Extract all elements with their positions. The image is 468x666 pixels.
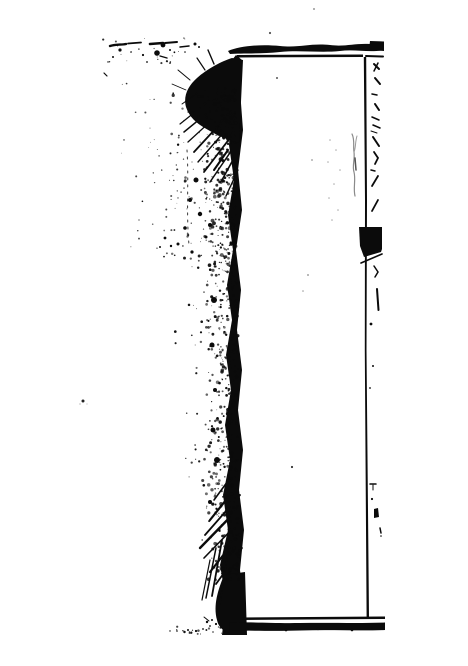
ink-stroke <box>355 158 356 170</box>
ink-speckle <box>215 184 218 187</box>
ink-speckle <box>215 476 217 478</box>
ink-speckle <box>227 263 228 264</box>
ink-dot <box>329 139 331 141</box>
ink-speckle <box>209 198 210 199</box>
ink-speckle <box>221 322 222 323</box>
ink-speckle <box>203 229 204 230</box>
ink-speckle <box>228 232 229 233</box>
ink-speckle <box>196 93 198 95</box>
ink-speckle <box>228 460 229 461</box>
ink-speckle <box>196 367 198 369</box>
ink-speckle <box>226 271 229 274</box>
ink-speckle <box>166 60 168 62</box>
scan-canvas <box>0 0 468 666</box>
ink-speckle <box>204 154 205 155</box>
ink-speckle <box>222 193 225 196</box>
ink-speckle <box>226 222 229 225</box>
ink-speckle <box>218 488 219 489</box>
ink-speckle <box>224 87 226 89</box>
ink-speckle <box>211 159 213 161</box>
ink-speckle <box>228 552 232 556</box>
ink-speckle <box>230 469 232 471</box>
ink-speckle <box>218 566 220 568</box>
ink-speckle <box>225 215 227 217</box>
ink-speckle <box>209 210 211 212</box>
ink-speckle <box>207 281 208 282</box>
ink-speckle <box>223 331 226 334</box>
ink-speckle <box>235 563 238 566</box>
ink-speckle <box>222 318 224 320</box>
ink-speckle <box>226 345 228 347</box>
ink-speckle <box>213 99 217 103</box>
ink-speckle <box>226 412 230 416</box>
ink-speckle <box>138 238 140 240</box>
ink-speckle <box>126 83 128 85</box>
ink-speckle <box>224 440 225 441</box>
ink-speckle <box>177 203 178 204</box>
ink-speckle <box>223 406 225 408</box>
ink-speckle <box>187 233 189 235</box>
ink-speckle <box>230 440 232 442</box>
ink-speckle <box>221 430 224 433</box>
ink-speckle <box>171 199 172 200</box>
ink-speckle <box>237 569 239 571</box>
ink-speckle <box>227 375 229 377</box>
ink-speckle <box>219 349 220 350</box>
ink-speckle <box>200 320 203 323</box>
ink-speckle <box>214 315 217 318</box>
ink-dot <box>107 61 108 62</box>
ink-speckle <box>200 331 202 333</box>
ink-speckle <box>199 207 200 208</box>
ink-speckle <box>210 274 213 277</box>
ink-speckle <box>227 448 229 450</box>
ink-speckle <box>201 479 204 482</box>
ink-speckle <box>233 324 236 327</box>
ink-dot <box>176 630 178 632</box>
ink-speckle <box>239 549 241 551</box>
ink-speckle <box>230 391 233 394</box>
ink-speckle <box>212 241 214 243</box>
ink-speckle <box>206 193 208 195</box>
ink-speckle <box>218 132 220 134</box>
ink-speckle <box>177 144 179 146</box>
ink-speckle <box>227 252 228 253</box>
ink-dot <box>187 629 189 631</box>
ink-speckle <box>201 95 204 98</box>
ink-speckle <box>194 444 196 446</box>
ink-speckle <box>156 248 157 249</box>
ink-speckle <box>228 205 230 207</box>
ink-speckle <box>227 516 230 519</box>
ink-speckle <box>209 227 212 230</box>
ink-speckle <box>218 268 219 269</box>
ink-dot <box>214 457 220 463</box>
ink-dot <box>380 535 382 537</box>
ink-speckle <box>213 195 217 199</box>
ink-speckle <box>222 148 224 150</box>
ink-speckle <box>236 574 238 576</box>
ink-dot <box>337 209 339 211</box>
ink-speckle <box>224 133 228 137</box>
ink-speckle <box>230 340 231 341</box>
ink-speckle <box>225 357 228 360</box>
ink-speckle <box>209 268 212 271</box>
ink-speckle <box>219 420 222 423</box>
ink-speckle <box>219 249 220 250</box>
ink-speckle <box>233 242 236 245</box>
ink-speckle <box>232 261 235 264</box>
ink-dot <box>198 46 200 48</box>
ink-speckle <box>224 213 225 214</box>
ink-speckle <box>120 54 121 55</box>
ink-speckle <box>214 353 215 354</box>
ink-speckle <box>163 230 165 232</box>
ink-speckle <box>216 427 219 430</box>
ink-speckle <box>213 311 215 313</box>
ink-speckle <box>220 304 222 306</box>
ink-speckle <box>204 191 207 194</box>
ink-speckle <box>231 413 233 415</box>
ink-speckle <box>213 431 216 434</box>
ink-speckle <box>207 153 209 155</box>
ink-speckle <box>183 158 184 159</box>
ink-speckle <box>233 277 236 280</box>
ink-speckle <box>219 152 222 155</box>
ink-speckle <box>233 343 236 346</box>
ink-speckle <box>157 149 158 150</box>
ink-speckle <box>232 156 234 158</box>
ink-speckle <box>170 152 172 154</box>
ink-speckle <box>220 227 224 231</box>
ink-speckle <box>217 133 220 136</box>
ink-speckle <box>213 188 215 190</box>
ink-dot <box>285 629 288 632</box>
ink-speckle <box>233 421 236 424</box>
scanned-book-page <box>0 0 468 666</box>
ink-speckle <box>209 111 211 113</box>
ink-speckle <box>223 463 225 465</box>
ink-dot <box>211 619 213 621</box>
ink-speckle <box>216 569 220 573</box>
ink-speckle <box>221 109 224 112</box>
ink-speckle <box>196 308 197 309</box>
ink-speckle <box>219 142 220 143</box>
ink-speckle <box>154 182 155 183</box>
ink-speckle <box>227 422 231 426</box>
ink-dot <box>313 8 315 10</box>
ink-speckle <box>221 413 223 415</box>
ink-speckle <box>214 261 217 264</box>
ink-speckle <box>226 137 229 140</box>
ink-speckle <box>224 176 227 179</box>
ink-dot <box>161 43 166 48</box>
ink-stroke <box>180 46 189 47</box>
ink-speckle <box>200 142 201 143</box>
ink-speckle <box>226 544 227 545</box>
ink-speckle <box>228 384 229 385</box>
ink-shape <box>237 55 363 58</box>
ink-speckle <box>208 627 210 629</box>
ink-speckle <box>224 196 227 199</box>
ink-speckle <box>224 191 226 193</box>
ink-dot <box>169 49 171 51</box>
ink-speckle <box>217 244 219 246</box>
ink-speckle <box>220 253 224 257</box>
ink-speckle <box>182 630 183 631</box>
ink-speckle <box>234 192 235 193</box>
ink-speckle <box>235 422 237 424</box>
ink-speckle <box>207 577 211 581</box>
ink-speckle <box>229 134 230 135</box>
ink-speckle <box>222 450 224 452</box>
ink-speckle <box>227 495 229 497</box>
ink-speckle <box>226 465 229 468</box>
ink-speckle <box>227 113 229 115</box>
ink-speckle <box>189 196 190 197</box>
ink-speckle <box>177 152 178 153</box>
ink-speckle <box>215 508 217 510</box>
ink-speckle <box>197 629 200 632</box>
ink-speckle <box>183 187 185 189</box>
ink-dot <box>331 219 333 221</box>
ink-speckle <box>228 362 231 365</box>
ink-speckle <box>230 492 234 496</box>
ink-speckle <box>232 127 233 128</box>
ink-speckle <box>197 115 200 118</box>
ink-speckle <box>222 361 223 362</box>
ink-speckle <box>224 293 225 294</box>
ink-speckle <box>227 456 229 458</box>
ink-shape <box>369 41 384 51</box>
ink-speckle <box>226 446 228 448</box>
ink-dot <box>328 197 330 199</box>
ink-speckle <box>224 255 227 258</box>
ink-speckle <box>233 359 235 361</box>
ink-speckle <box>174 330 177 333</box>
ink-speckle <box>195 372 197 374</box>
ink-speckle <box>216 319 219 322</box>
ink-speckle <box>223 513 226 516</box>
ink-speckle <box>211 181 213 183</box>
ink-speckle <box>215 135 216 136</box>
ink-speckle <box>176 164 177 165</box>
ink-speckle <box>207 445 210 448</box>
ink-speckle <box>232 399 234 401</box>
ink-speckle <box>228 390 230 392</box>
ink-speckle <box>217 92 220 95</box>
ink-speckle <box>226 408 230 412</box>
ink-speckle <box>216 391 218 393</box>
ink-speckle <box>150 142 151 143</box>
ink-speckle <box>211 255 213 257</box>
ink-speckle <box>205 424 207 426</box>
ink-speckle <box>211 401 212 402</box>
ink-speckle <box>221 490 223 492</box>
ink-speckle <box>199 132 200 133</box>
ink-speckle <box>225 144 226 145</box>
ink-speckle <box>170 102 172 104</box>
ink-speckle <box>232 419 233 420</box>
ink-speckle <box>190 197 193 200</box>
ink-speckle <box>230 540 232 542</box>
ink-speckle <box>233 246 236 249</box>
ink-speckle <box>206 116 208 118</box>
ink-speckle <box>154 139 155 140</box>
ink-speckle <box>223 545 225 547</box>
ink-speckle <box>165 209 167 211</box>
ink-speckle <box>203 168 206 171</box>
ink-speckle <box>207 134 208 135</box>
ink-stroke <box>372 94 377 95</box>
ink-speckle <box>202 161 203 162</box>
ink-speckle <box>227 248 229 250</box>
ink-speckle <box>235 469 237 471</box>
ink-speckle <box>215 472 218 475</box>
ink-dot <box>333 183 335 185</box>
ink-speckle <box>152 223 154 225</box>
ink-speckle <box>236 538 237 539</box>
ink-speckle <box>228 120 230 122</box>
ink-speckle <box>226 235 229 238</box>
ink-speckle <box>206 507 207 508</box>
ink-speckle <box>220 246 222 248</box>
ink-speckle <box>226 437 227 438</box>
ink-speckle <box>184 179 187 182</box>
ink-speckle <box>211 133 212 134</box>
ink-speckle <box>191 161 192 162</box>
ink-speckle <box>235 214 236 215</box>
ink-speckle <box>218 394 220 396</box>
ink-speckle <box>233 198 235 200</box>
ink-speckle <box>221 524 222 525</box>
ink-speckle <box>188 304 191 307</box>
ink-speckle <box>230 217 233 220</box>
ink-speckle <box>191 223 192 224</box>
ink-speckle <box>228 211 230 213</box>
ink-speckle <box>218 382 221 385</box>
ink-speckle <box>225 271 226 272</box>
ink-speckle <box>186 235 188 237</box>
ink-speckle <box>215 504 217 506</box>
ink-speckle <box>206 240 207 241</box>
ink-speckle <box>234 195 237 198</box>
ink-speckle <box>144 111 146 113</box>
ink-speckle <box>231 271 233 273</box>
ink-dot <box>79 403 80 404</box>
ink-speckle <box>216 225 218 227</box>
ink-speckle <box>193 169 194 170</box>
ink-speckle <box>200 633 201 634</box>
ink-speckle <box>236 334 239 337</box>
ink-speckle <box>226 99 230 103</box>
ink-speckle <box>225 227 227 229</box>
ink-speckle <box>229 462 231 464</box>
ink-shape <box>359 227 382 257</box>
ink-speckle <box>235 257 236 258</box>
ink-speckle <box>218 626 219 627</box>
ink-speckle <box>218 235 219 236</box>
ink-speckle <box>219 354 221 356</box>
ink-dot <box>351 629 354 632</box>
ink-speckle <box>219 462 220 463</box>
ink-speckle <box>217 147 221 151</box>
ink-dot <box>198 212 202 216</box>
ink-speckle <box>229 459 231 461</box>
ink-speckle <box>219 306 221 308</box>
ink-speckle <box>172 92 174 94</box>
ink-speckle <box>232 302 234 304</box>
ink-speckle <box>227 431 230 434</box>
ink-speckle <box>144 38 145 39</box>
ink-speckle <box>230 299 232 301</box>
ink-speckle <box>235 281 236 282</box>
ink-speckle <box>209 420 211 422</box>
ink-speckle <box>237 436 239 438</box>
ink-speckle <box>225 510 226 511</box>
ink-speckle <box>225 261 226 262</box>
ink-speckle <box>235 181 238 184</box>
ink-speckle <box>233 546 236 549</box>
ink-speckle <box>178 135 180 137</box>
ink-speckle <box>215 299 216 300</box>
ink-speckle <box>184 176 187 179</box>
ink-speckle <box>232 131 235 134</box>
ink-speckle <box>220 120 223 123</box>
ink-speckle <box>236 459 238 461</box>
ink-speckle <box>230 120 234 124</box>
ink-speckle <box>115 40 117 42</box>
ink-speckle <box>230 531 233 534</box>
ink-speckle <box>219 102 220 103</box>
ink-speckle <box>232 455 233 456</box>
ink-speckle <box>153 172 154 173</box>
ink-speckle <box>226 295 228 297</box>
ink-speckle <box>229 116 233 120</box>
ink-speckle <box>234 410 235 411</box>
ink-dot <box>311 159 313 161</box>
ink-dot <box>202 628 204 630</box>
ink-speckle <box>236 507 238 509</box>
ink-speckle <box>215 296 217 298</box>
ink-speckle <box>219 550 221 552</box>
ink-speckle <box>220 448 221 449</box>
ink-speckle <box>233 99 236 102</box>
ink-speckle <box>220 441 221 442</box>
ink-speckle <box>214 121 215 122</box>
ink-speckle <box>228 291 229 292</box>
ink-speckle <box>206 160 209 163</box>
ink-speckle <box>232 550 235 553</box>
ink-speckle <box>216 418 220 422</box>
ink-speckle <box>222 280 224 282</box>
ink-speckle <box>197 633 199 635</box>
ink-speckle <box>203 458 206 461</box>
ink-speckle <box>208 96 209 97</box>
ink-dot <box>154 50 160 56</box>
ink-speckle <box>207 142 210 145</box>
ink-speckle <box>201 238 202 239</box>
ink-speckle <box>209 379 212 382</box>
ink-speckle <box>135 111 137 113</box>
ink-speckle <box>203 235 206 238</box>
ink-stroke <box>366 56 383 57</box>
ink-speckle <box>109 61 110 62</box>
ink-speckle <box>123 139 125 141</box>
ink-speckle <box>211 425 213 427</box>
ink-speckle <box>227 151 230 154</box>
ink-speckle <box>176 629 177 630</box>
